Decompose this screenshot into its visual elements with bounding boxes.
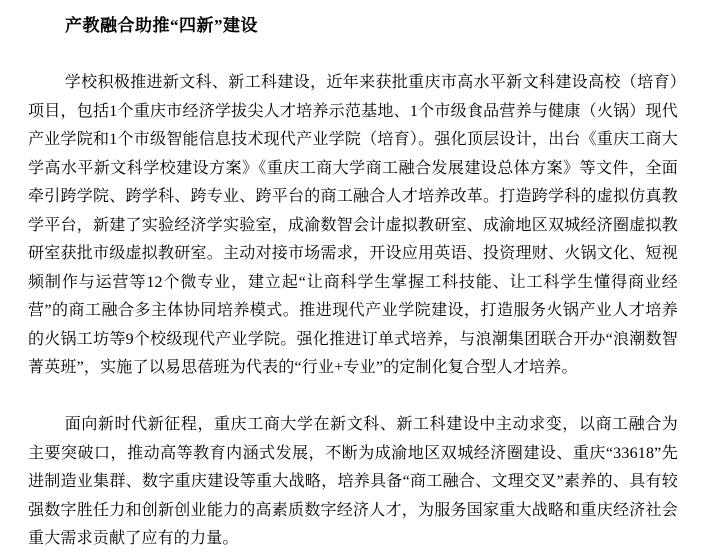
paragraph-2: 面向新时代新征程，重庆工商大学在新文科、新工科建设中主动求变，以商工融合为主要突…	[28, 411, 678, 554]
document-page: 产教融合助推“四新”建设 学校积极推进新文科、新工科建设，近年来获批重庆市高水平…	[0, 0, 705, 557]
paragraph-1: 学校积极推进新文科、新工科建设，近年来获批重庆市高水平新文科建设高校（培育）项目…	[28, 69, 678, 383]
document-title: 产教融合助推“四新”建设	[65, 12, 678, 41]
